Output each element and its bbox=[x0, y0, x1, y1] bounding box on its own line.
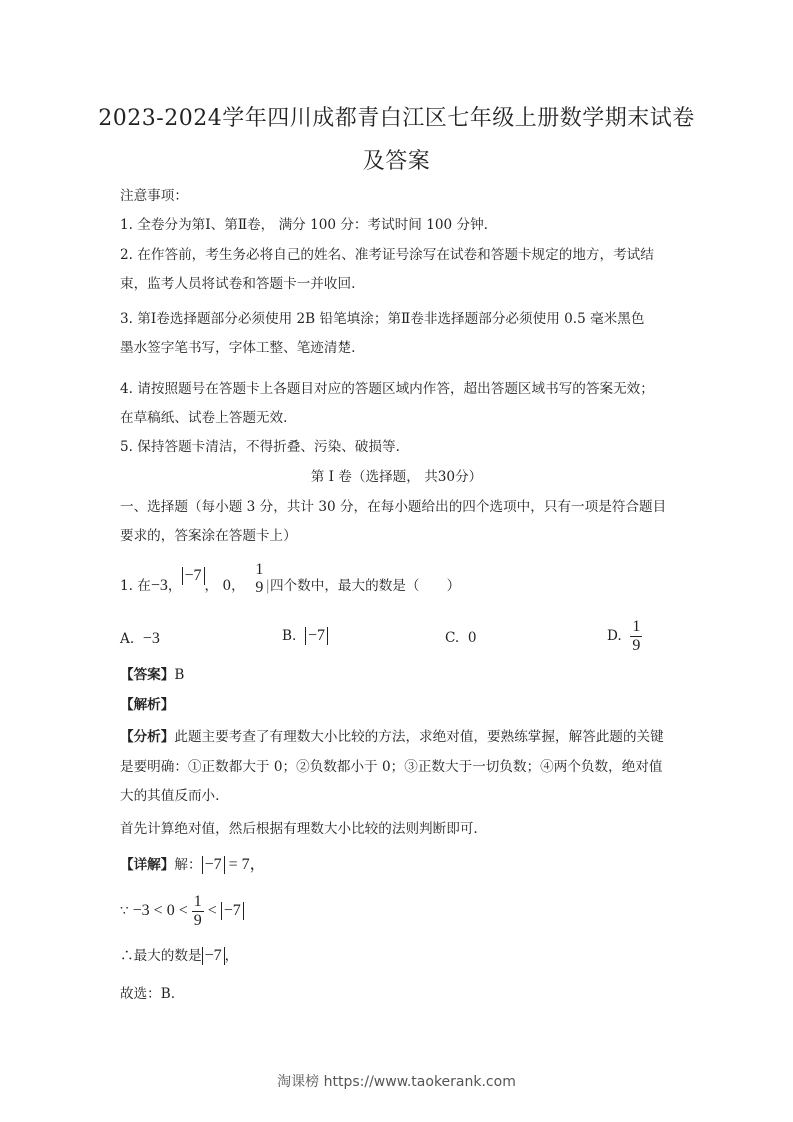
analysis-line4: 首先计算绝对值，然后根据有理数大小比较的法则判断即可. bbox=[120, 820, 478, 838]
analysis-heading: 【解析】 bbox=[120, 696, 174, 714]
detail-therefore-line: ∴最大的数是−7， bbox=[120, 947, 238, 965]
question-1-fraction: 19 bbox=[253, 561, 265, 597]
answer-tag: 【答案】 bbox=[120, 667, 174, 683]
separator: ， 0， bbox=[205, 578, 245, 594]
footer-watermark: 淘课榜 https://www.taokerank.com bbox=[0, 1071, 793, 1091]
part-intro-line2: 要求的，答案涂在答题卡上） bbox=[120, 527, 297, 545]
question-1-num-neg3: −3 bbox=[151, 577, 168, 594]
analysis-line1: 【分析】此题主要考查了有理数大小比较的方法，求绝对值，要熟练掌握，解答此题的关键 bbox=[120, 728, 664, 746]
question-1-abs-neg7: −7 bbox=[182, 567, 205, 585]
notice-item-5: 5. 保持答题卡清洁，不得折叠、污染、破损等. bbox=[120, 438, 400, 456]
separator: ， bbox=[168, 578, 182, 594]
answer-value: B bbox=[174, 667, 184, 683]
notice-item-2-cont: 束，监考人员将试卷和答题卡一并收回. bbox=[120, 275, 355, 293]
notice-heading: 注意事项： bbox=[120, 187, 188, 205]
detail-line1: 【详解】解：−7 = 7， bbox=[120, 856, 266, 874]
section-title: 第 Ⅰ 卷（选择题， 共30分） bbox=[0, 468, 793, 486]
notice-item-2: 2. 在作答前，考生务必将自己的姓名、准考证号涂写在试卷和答题卡规定的地方，考试… bbox=[120, 246, 654, 264]
option-b: B. −7 bbox=[282, 627, 328, 645]
document-title-line1: 2023-2024学年四川成都青白江区七年级上册数学期末试卷 bbox=[0, 101, 793, 132]
option-a: A. −3 bbox=[120, 630, 160, 648]
analysis-line2: 是要明确：①正数都大于 0；②负数都小于 0；③正数大于一切负数；④两个负数，绝… bbox=[120, 758, 663, 776]
question-1-prefix: 1. 在 bbox=[120, 578, 151, 594]
option-d-fraction: 19 bbox=[630, 618, 642, 655]
option-c: C. 0 bbox=[445, 630, 477, 646]
notice-item-4: 4. 请按照题号在答题卡上各题目对应的答题区域内作答，超出答题区域书写的答案无效… bbox=[120, 380, 654, 398]
document-title-line2: 及答案 bbox=[0, 144, 793, 175]
analysis-line3: 大的其值反而小. bbox=[120, 787, 219, 805]
answer-line: 【答案】B bbox=[120, 666, 184, 684]
question-1: 1. 在−3，−7， 0， 19|四个数中，最大的数是（ ） bbox=[120, 568, 460, 605]
notice-item-4-cont: 在草稿纸、试卷上答题无效. bbox=[120, 409, 287, 427]
question-1-suffix: 四个数中，最大的数是（ ） bbox=[270, 578, 460, 594]
because-fraction: 19 bbox=[192, 893, 204, 930]
part-intro-line1: 一、选择题（每小题 3 分，共计 30 分，在每小题给出的四个选项中，只有一项是… bbox=[120, 498, 666, 516]
because-symbol: ∵ bbox=[120, 903, 129, 919]
option-d: D. 19 bbox=[607, 618, 642, 655]
therefore-symbol: ∴ bbox=[120, 948, 134, 964]
notice-item-1: 1. 全卷分为第Ⅰ、第Ⅱ卷， 满分 100 分：考试时间 100 分钟. bbox=[120, 216, 488, 234]
detail-because-line: ∵ −3 < 0 < 19 < −7 bbox=[120, 893, 244, 930]
notice-item-3-cont: 墨水签字笔书写，字体工整、笔迹清楚. bbox=[120, 339, 355, 357]
notice-item-3: 3. 第Ⅰ卷选择题部分必须使用 2B 铅笔填涂；第Ⅱ卷非选择题部分必须使用 0.… bbox=[120, 310, 644, 328]
detail-choose-line: 故选：B. bbox=[120, 985, 175, 1003]
